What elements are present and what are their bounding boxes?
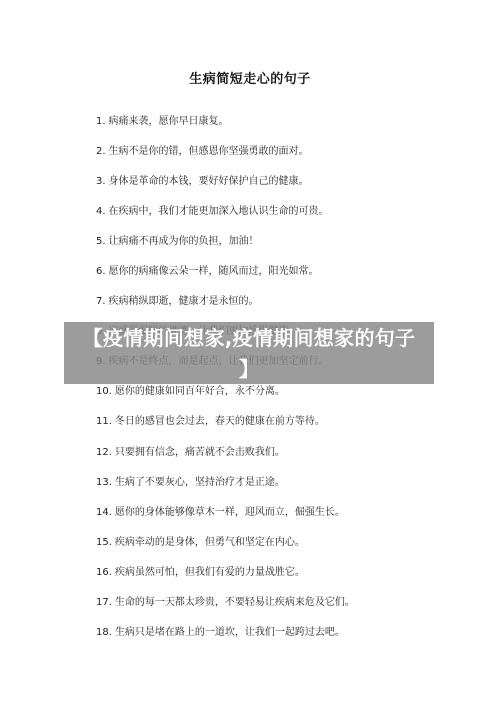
item-text: 在疾病中，我们才能更加深入地认识生命的可贵。 xyxy=(109,206,329,217)
item-number: 1. xyxy=(96,116,106,127)
item-text: 生病只是堵在路上的一道坎，让我们一起跨过去吧。 xyxy=(115,627,345,638)
item-number: 15. xyxy=(96,537,112,548)
list-item: 5.让病痛不再成为你的负担，加油！ xyxy=(96,233,355,263)
item-number: 4. xyxy=(96,206,106,217)
item-text: 病痛来袭，愿你早日康复。 xyxy=(109,116,229,127)
item-text: 只要拥有信念，痛苦就不会击败我们。 xyxy=(115,447,285,458)
item-text: 疾病稍纵即逝，健康才是永恒的。 xyxy=(109,296,259,307)
item-number: 5. xyxy=(96,236,106,247)
banner-title: 【疫情期间想家,疫情期间想家的句子 xyxy=(64,326,434,350)
list-item: 1.病痛来袭，愿你早日康复。 xyxy=(96,113,355,143)
item-text: 冬日的感冒也会过去，春天的健康在前方等待。 xyxy=(115,416,325,427)
item-text: 愿你的病痛像云朵一样，随风而过，阳光如常。 xyxy=(109,266,319,277)
item-text: 愿你的健康如同百年好合，永不分离。 xyxy=(115,386,285,397)
list-item: 14.愿你的身体能够像草木一样，迎风而立，倔强生长。 xyxy=(96,504,355,534)
item-number: 16. xyxy=(96,567,112,578)
list-item: 12.只要拥有信念，痛苦就不会击败我们。 xyxy=(96,444,355,474)
banner-title-closing-bracket: 】 xyxy=(64,357,434,381)
item-number: 10. xyxy=(96,386,112,397)
list-item: 17.生命的每一天都太珍贵，不要轻易让疾病来危及它们。 xyxy=(96,594,355,624)
item-text: 疾病虽然可怕，但我们有爱的力量战胜它。 xyxy=(115,567,305,578)
item-number: 11. xyxy=(96,416,112,427)
list-item: 7.疾病稍纵即逝，健康才是永恒的。 xyxy=(96,293,355,323)
item-text: 让病痛不再成为你的负担，加油！ xyxy=(109,236,259,247)
list-item: 6.愿你的病痛像云朵一样，随风而过，阳光如常。 xyxy=(96,263,355,293)
item-text: 生病了不要灰心，坚持治疗才是正途。 xyxy=(115,477,285,488)
list-item: 15.疾病牵动的是身体，但勇气和坚定在内心。 xyxy=(96,534,355,564)
item-text: 疾病牵动的是身体，但勇气和坚定在内心。 xyxy=(115,537,305,548)
item-number: 17. xyxy=(96,597,112,608)
item-number: 13. xyxy=(96,477,112,488)
item-number: 7. xyxy=(96,296,106,307)
item-text: 愿你的身体能够像草木一样，迎风而立，倔强生长。 xyxy=(115,507,345,518)
item-number: 18. xyxy=(96,627,112,638)
list-item: 18.生病只是堵在路上的一道坎，让我们一起跨过去吧。 xyxy=(96,624,355,654)
item-number: 2. xyxy=(96,146,106,157)
list-item: 11.冬日的感冒也会过去，春天的健康在前方等待。 xyxy=(96,413,355,443)
list-item: 2.生病不是你的错，但感恩你坚强勇敢的面对。 xyxy=(96,143,355,173)
list-item: 16.疾病虽然可怕，但我们有爱的力量战胜它。 xyxy=(96,564,355,594)
list-item: 13.生病了不要灰心，坚持治疗才是正途。 xyxy=(96,474,355,504)
item-number: 12. xyxy=(96,447,112,458)
list-item: 4.在疾病中，我们才能更加深入地认识生命的可贵。 xyxy=(96,203,355,233)
item-number: 6. xyxy=(96,266,106,277)
item-number: 14. xyxy=(96,507,112,518)
list-item: 3.身体是革命的本钱，要好好保护自己的健康。 xyxy=(96,173,355,203)
item-text: 身体是革命的本钱，要好好保护自己的健康。 xyxy=(109,176,309,187)
list-item: 10.愿你的健康如同百年好合，永不分离。 xyxy=(96,383,355,413)
item-number: 3. xyxy=(96,176,106,187)
document-title: 生病简短走心的句子 xyxy=(0,70,500,90)
item-text: 生命的每一天都太珍贵，不要轻易让疾病来危及它们。 xyxy=(115,597,355,608)
item-text: 生病不是你的错，但感恩你坚强勇敢的面对。 xyxy=(109,146,309,157)
